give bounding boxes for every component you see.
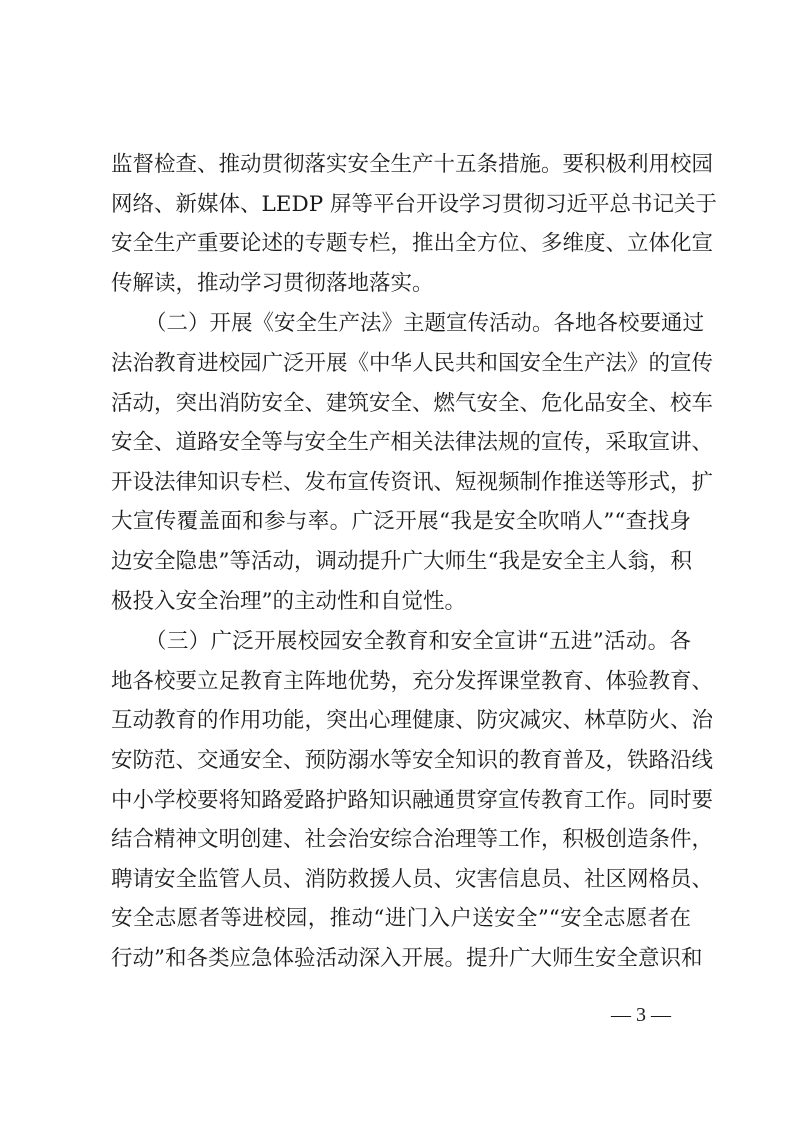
text-line: 大宣传覆盖面和参与率。广泛开展“我是安全吹哨人”“查找身 <box>111 502 691 542</box>
paragraph-section-2: （二）开展《安全生产法》主题宣传活动。各地各校要通过 法治教育进校园广泛开展《中… <box>111 304 691 621</box>
paragraph-continuation: 监督检查、推动贯彻落实安全生产十五条措施。要积极利用校园 网络、新媒体、LEDP… <box>111 145 691 303</box>
text-line: 聘请安全监管人员、消防救援人员、灾害信息员、社区网格员、 <box>111 860 691 900</box>
text-line: 法治教育进校园广泛开展《中华人民共和国安全生产法》的宣传 <box>111 344 691 384</box>
text-line: 安全、道路安全等与安全生产相关法律法规的宣传，采取宣讲、 <box>111 423 691 463</box>
text-line: 边安全隐患”等活动，调动提升广大师生“我是安全主人翁，积 <box>111 542 691 582</box>
page-number: — 3 — <box>606 1002 676 1028</box>
text-line: 中小学校要将知路爱路护路知识融通贯穿宣传教育工作。同时要 <box>111 781 691 821</box>
section-heading-line: （三）广泛开展校园安全教育和安全宣讲“五进”活动。各 <box>111 622 691 662</box>
text-line: 互动教育的作用功能，突出心理健康、防灾减灾、林草防火、治 <box>111 701 691 741</box>
text-line: 极投入安全治理”的主动性和自觉性。 <box>111 582 691 622</box>
text-line: 活动，突出消防安全、建筑安全、燃气安全、危化品安全、校车 <box>111 384 691 424</box>
text-line: 行动”和各类应急体验活动深入开展。提升广大师生安全意识和 <box>111 939 691 979</box>
text-line: 安全志愿者等进校园，推动“进门入户送安全”“安全志愿者在 <box>111 899 691 939</box>
text-line: 监督检查、推动贯彻落实安全生产十五条措施。要积极利用校园 <box>111 145 691 185</box>
text-line: 安防范、交通安全、预防溺水等安全知识的教育普及，铁路沿线 <box>111 741 691 781</box>
text-line: 地各校要立足教育主阵地优势，充分发挥课堂教育、体验教育、 <box>111 662 691 702</box>
text-line: 传解读，推动学习贯彻落地落实。 <box>111 264 691 304</box>
paragraph-section-3: （三）广泛开展校园安全教育和安全宣讲“五进”活动。各 地各校要立足教育主阵地优势… <box>111 622 691 978</box>
text-line: 网络、新媒体、LEDP 屏等平台开设学习贯彻习近平总书记关于 <box>111 185 691 225</box>
text-line: 安全生产重要论述的专题专栏，推出全方位、多维度、立体化宣 <box>111 224 691 264</box>
document-page: 监督检查、推动贯彻落实安全生产十五条措施。要积极利用校园 网络、新媒体、LEDP… <box>0 0 793 1122</box>
body-text: 监督检查、推动贯彻落实安全生产十五条措施。要积极利用校园 网络、新媒体、LEDP… <box>111 145 691 978</box>
section-heading-line: （二）开展《安全生产法》主题宣传活动。各地各校要通过 <box>111 304 691 344</box>
text-line: 结合精神文明创建、社会治安综合治理等工作，积极创造条件， <box>111 820 691 860</box>
text-line: 开设法律知识专栏、发布宣传资讯、短视频制作推送等形式，扩 <box>111 463 691 503</box>
